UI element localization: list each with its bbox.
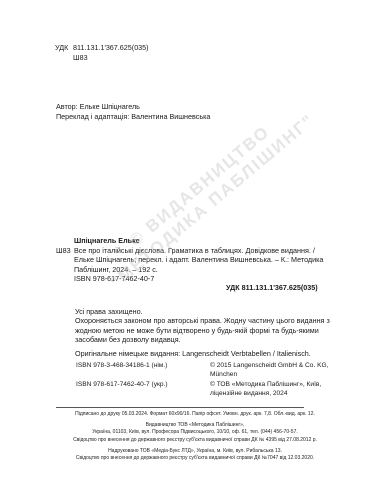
copyright-german: © 2015 Langenscheidt GmbH & Co. KG, Münc… (210, 362, 340, 379)
isbn-row: ISBN 978-617-7462-40-7 (укр.) © ТОВ «Мет… (76, 381, 346, 398)
catalog-udk: УДК 811.131.1'367.625(035) (226, 283, 318, 292)
udk-label: УДК (55, 43, 73, 53)
rights-line-2: Охороняється законом про авторські права… (75, 316, 340, 344)
catalog-card: Шпіцнагель Ельке Ш83 Все про італійські … (56, 236, 346, 284)
publisher-line-2: Україна, 01103, Київ, вул. Професора Під… (30, 429, 360, 436)
original-edition: Оригінальне німецьке видання: Langensche… (75, 349, 340, 358)
author-mark: Ш83 (73, 53, 149, 63)
isbn-block: ISBN 978-3-468-34186-1 (нім.) © 2015 Lan… (76, 362, 346, 400)
print-info: Підписано до друку 05.03.2024. Формат 60… (30, 411, 360, 418)
credits: Автор: Ельке Шпіцнагель Переклад і адапт… (56, 102, 210, 122)
printer-line-1: Надруковано ТОВ «Медіа-Букс ЛТД», Україн… (30, 448, 360, 455)
catalog-author-heading: Шпіцнагель Ельке (74, 236, 346, 246)
divider (56, 407, 304, 408)
copyright-ukrainian: © ТОВ «Методика Паблішинг», Київ, ліценз… (210, 381, 340, 398)
publisher-line-3: Свідоцтво про внесення до державного реє… (30, 437, 360, 444)
catalog-class-mark: Ш83 (56, 246, 74, 284)
isbn-row: ISBN 978-3-468-34186-1 (нім.) © 2015 Lan… (76, 362, 346, 379)
udk-code: 811.131.1'367.625(035) (73, 43, 149, 53)
catalog-description: Все про італійські дієслова. Граматика в… (74, 246, 336, 275)
rights-notice: Усі права захищено. Охороняється законом… (75, 307, 340, 358)
udk-header: УДК 811.131.1'367.625(035) Ш83 (55, 43, 149, 63)
author-line: Автор: Ельке Шпіцнагель (56, 102, 210, 112)
imprint: Підписано до друку 05.03.2024. Формат 60… (30, 411, 360, 462)
printer-line-2: Свідоцтво про внесення до державного реє… (30, 455, 360, 462)
isbn-ukrainian: ISBN 978-617-7462-40-7 (укр.) (76, 381, 210, 398)
rights-line-1: Усі права захищено. (75, 307, 340, 316)
translation-line: Переклад і адаптація: Валентина Вишневсь… (56, 112, 210, 122)
publisher-line-1: Видавництво ТОВ «Методика Паблішинг», (30, 422, 360, 429)
isbn-german: ISBN 978-3-468-34186-1 (нім.) (76, 362, 210, 379)
